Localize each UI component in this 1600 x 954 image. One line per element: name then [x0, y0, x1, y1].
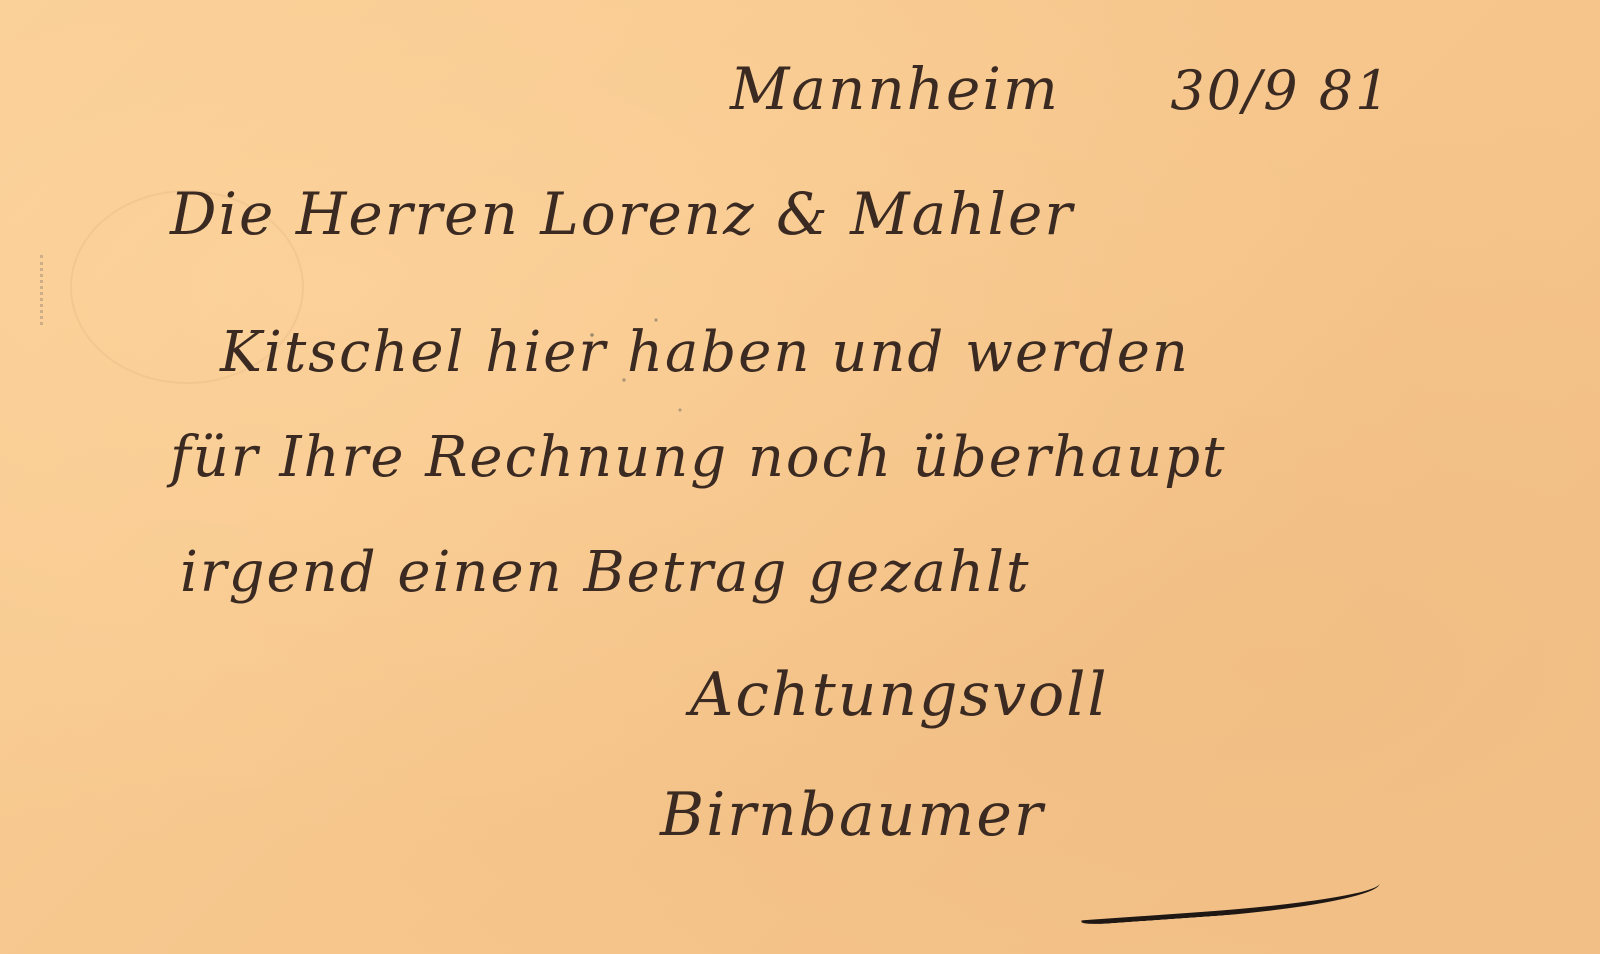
- place: Mannheim: [730, 55, 1060, 123]
- body-line-2: Kitschel hier haben und werden: [220, 320, 1190, 385]
- signature: Birnbaumer: [660, 780, 1045, 850]
- closing: Achtungsvoll: [690, 660, 1109, 730]
- body-line-1: Die Herren Lorenz & Mahler: [170, 180, 1074, 248]
- signature-flourish: [1079, 870, 1381, 926]
- place-date-line: Mannheim 30/9 81: [730, 55, 1391, 123]
- postmark-edge: [28, 255, 43, 325]
- body-line-4: irgend einen Betrag gezahlt: [180, 540, 1030, 605]
- body-line-3: für Ihre Rechnung noch überhaupt: [170, 425, 1227, 490]
- date: 30/9 81: [1170, 59, 1391, 122]
- postcard: Mannheim 30/9 81 Die Herren Lorenz & Mah…: [0, 0, 1600, 954]
